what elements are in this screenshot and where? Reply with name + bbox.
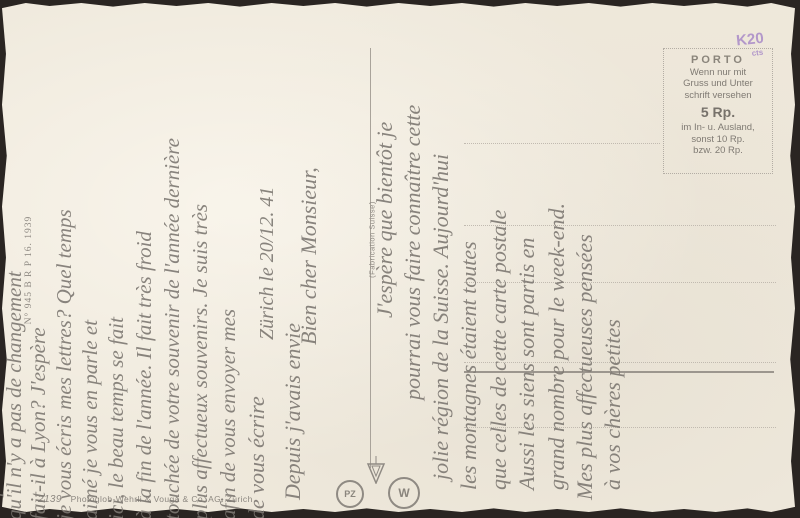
w-logo-icon: W <box>388 477 420 509</box>
publisher-name: Photoglob-Wehrli & Vouga & Co. AG. Züric… <box>71 494 253 504</box>
stamp-box-line2: Gruss und Unter <box>664 78 772 90</box>
stamp-box-line6: bzw. 20 Rp. <box>664 145 772 157</box>
address-solid-line <box>464 371 774 373</box>
address-line-4 <box>464 427 776 428</box>
censor-stamp: N° 945 B R P 16. 1939 <box>24 205 34 335</box>
cancel-mark: K20 cts <box>736 32 766 63</box>
cancel-mark-unit: cts <box>751 46 766 61</box>
stamp-box-line1: Wenn nur mit <box>664 67 772 79</box>
stamp-box: PORTO Wenn nur mit Gruss und Unter schri… <box>663 48 773 174</box>
card-number: 2139 <box>38 494 62 505</box>
address-line-top <box>464 143 660 144</box>
address-line-1 <box>464 225 776 226</box>
address-line-2 <box>464 282 776 283</box>
pz-logo-icon: PZ <box>336 480 364 508</box>
v-emblem-icon <box>366 456 386 484</box>
postcard-back: (Fabrication Suisse) PORTO Wenn nur mit … <box>2 3 795 512</box>
address-line-3 <box>464 362 776 363</box>
stamp-box-line4: im In- u. Ausland, <box>664 122 772 134</box>
stamp-box-line3: schrift versehen <box>664 90 772 102</box>
stamp-box-price: 5 Rp. <box>664 103 772 121</box>
stamp-box-line5: sonst 10 Rp. <box>664 134 772 146</box>
publisher-imprint: 2139 Photoglob-Wehrli & Vouga & Co. AG. … <box>38 494 253 505</box>
fabrication-label: (Fabrication Suisse) <box>368 170 377 310</box>
